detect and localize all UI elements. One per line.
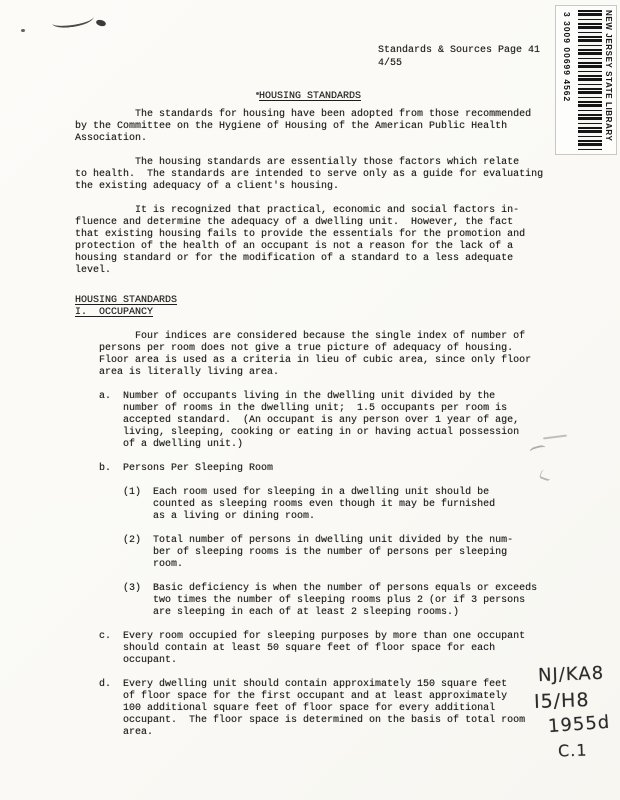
paragraph-four-indices: Four indices are considered because the … — [75, 331, 575, 379]
list-item-d: d. Every dwelling unit should contain ap… — [75, 679, 575, 739]
title-dot-artifact — [256, 92, 259, 95]
call-number-line-2: I5/H8 — [534, 689, 590, 713]
barcode-icon — [578, 10, 602, 150]
page-header-note: Standards & Sources Page 41 4/55 — [378, 44, 540, 70]
header-date-line: 4/55 — [378, 57, 540, 70]
paragraph-health-relation: The housing standards are essentially th… — [75, 157, 575, 193]
header-source-line: Standards & Sources Page 41 — [378, 44, 540, 57]
scanned-document-page: Standards & Sources Page 41 4/55 HOUSING… — [0, 0, 620, 800]
call-number-line-1: NJ/KA8 — [538, 663, 605, 686]
page-title: HOUSING STANDARDS — [0, 85, 620, 103]
list-item-b: b. Persons Per Sleeping Room — [75, 463, 575, 475]
page-title-text: HOUSING STANDARDS — [259, 91, 361, 102]
ink-blob-mark — [95, 19, 106, 27]
paragraph-adoption: The standards for housing have been adop… — [75, 109, 575, 145]
list-item-b1: (1) Each room used for sleeping in a dwe… — [75, 487, 575, 523]
list-item-b3: (3) Basic deficiency is when the number … — [75, 583, 575, 619]
list-item-b2: (2) Total number of persons in dwelling … — [75, 535, 575, 571]
list-item-a: a. Number of occupants living in the dwe… — [75, 391, 575, 451]
ink-smudge-mark — [51, 11, 94, 29]
section-heading-housing-standards: HOUSING STANDARDS — [75, 295, 177, 307]
section-item-occupancy: I. OCCUPANCY — [75, 307, 153, 319]
barcode-number: 3 3009 00699 4562 — [562, 12, 572, 150]
document-body: The standards for housing have been adop… — [75, 109, 575, 751]
list-item-c: c. Every room occupied for sleeping purp… — [75, 631, 575, 667]
call-number-line-3: 1955d — [547, 712, 611, 737]
library-barcode-label: 3 3009 00699 4562 NEW JERSEY STATE LIBRA… — [555, 5, 617, 155]
call-number-line-4: C.1 — [558, 740, 588, 760]
library-name-stamp: NEW JERSEY STATE LIBRARY — [604, 10, 613, 152]
ink-dot-mark — [21, 29, 25, 32]
paragraph-recognition: It is recognized that practical, economi… — [75, 205, 575, 277]
